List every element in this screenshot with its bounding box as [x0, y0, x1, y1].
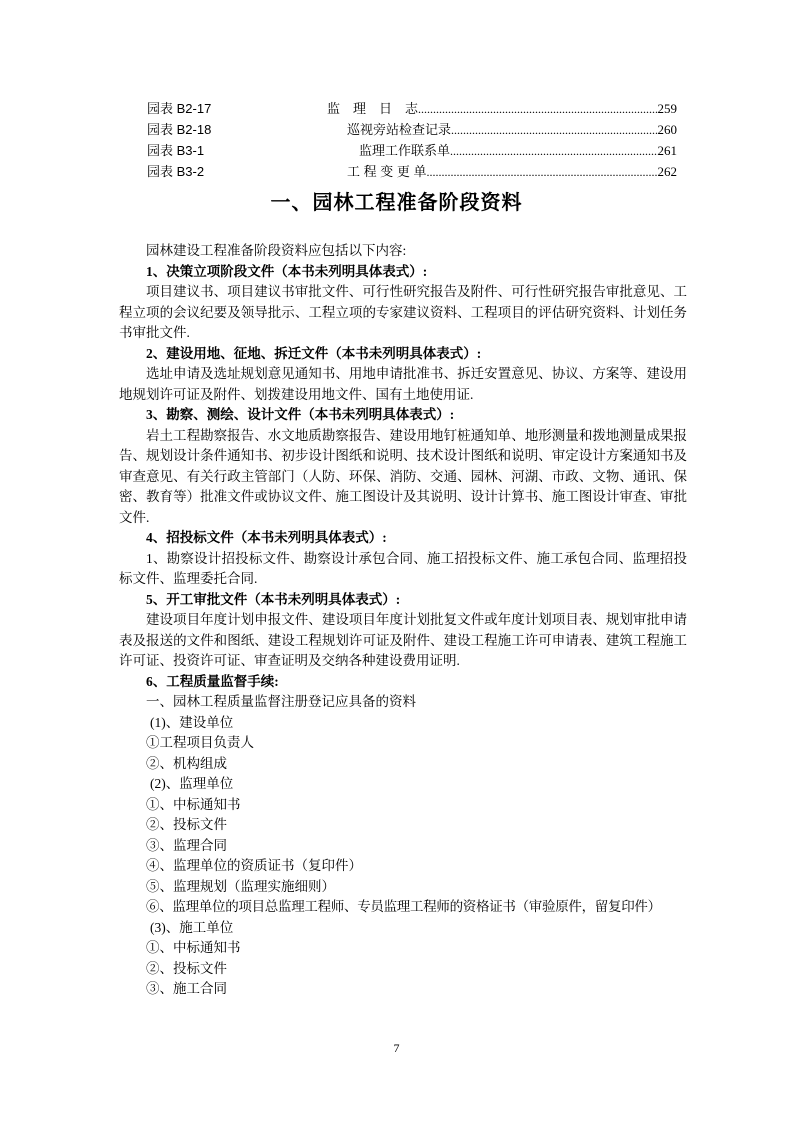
section-heading: 一、园林工程准备阶段资料 — [0, 186, 793, 215]
subsection-text-2: 选址申请及选址规划意见通知书、用地申请批准书、拆迁安置意见、协议、方案等、建设用… — [119, 364, 687, 405]
group-label: (1)、建设单位 — [119, 713, 687, 734]
group-label: (2)、监理单位 — [119, 774, 687, 795]
subsection-text-1: 项目建议书、项目建议书审批文件、可行性研究报告及附件、可行性研究报告审批意见、工… — [119, 282, 687, 344]
toc-entry-page: 262 — [658, 161, 678, 182]
toc-entry-code: 园表 B3-1 — [147, 140, 267, 161]
toc-entry-code: 园表 B2-17 — [147, 98, 267, 119]
toc-dot-leader — [426, 162, 657, 183]
toc-dot-leader — [450, 141, 657, 162]
toc-entry[interactable]: 园表 B2-18 巡视旁站检查记录 260 — [147, 119, 677, 140]
list-item: ①、中标通知书 — [119, 795, 687, 816]
toc-dot-leader — [418, 99, 657, 120]
page-number: 7 — [0, 1041, 793, 1056]
list-item: ③、施工合同 — [119, 979, 687, 1000]
document-body: 园林建设工程准备阶段资料应包括以下内容: 1、决策立项阶段文件（本书未列明具体表… — [119, 241, 687, 1000]
toc-entry-title: 监 理 日 志 — [327, 98, 418, 119]
toc-entry-title: 监理工作联系单 — [359, 140, 450, 161]
subsection-6-subtitle: 一、园林工程质量监督注册登记应具备的资料 — [119, 692, 687, 713]
subsection-title-5: 5、开工审批文件（本书未列明具体表式）: — [119, 590, 687, 611]
list-item: ⑥、监理单位的项目总监理工程师、专员监理工程师的资格证书（审验原件，留复印件） — [119, 897, 687, 918]
toc-entry-code: 园表 B2-18 — [147, 119, 267, 140]
list-item: ①工程项目负责人 — [119, 733, 687, 754]
subsection-title-6: 6、工程质量监督手续: — [119, 672, 687, 693]
toc-entry[interactable]: 园表 B3-1 监理工作联系单 261 — [147, 140, 677, 161]
subsection-title-3: 3、勘察、测绘、设计文件（本书未列明具体表式）: — [119, 405, 687, 426]
subsection-text-3: 岩土工程勘察报告、水文地质勘察报告、建设用地钉桩通知单、地形测量和拨地测量成果报… — [119, 426, 687, 529]
subsection-text-5: 建设项目年度计划申报文件、建设项目年度计划批复文件或年度计划项目表、规划审批申请… — [119, 610, 687, 672]
list-item: ④、监理单位的资质证书（复印件） — [119, 856, 687, 877]
subsection-title-2: 2、建设用地、征地、拆迁文件（本书未列明具体表式）: — [119, 344, 687, 365]
toc-entry[interactable]: 园表 B3-2 工 程 变 更 单 262 — [147, 161, 677, 182]
list-item: ②、投标文件 — [119, 815, 687, 836]
toc-entry-code: 园表 B3-2 — [147, 161, 267, 182]
toc-entry-title: 工 程 变 更 单 — [347, 161, 426, 182]
document-page: 园表 B2-17 监 理 日 志 259 园表 B2-18 巡视旁站检查记录 2… — [0, 0, 793, 1122]
list-item: ①、中标通知书 — [119, 938, 687, 959]
toc-entry-title: 巡视旁站检查记录 — [347, 119, 451, 140]
toc-entry-page: 261 — [658, 140, 678, 161]
subsection-text-4: 1、勘察设计招投标文件、勘察设计承包合同、施工招投标文件、施工承包合同、监理招投… — [119, 549, 687, 590]
list-item: ②、投标文件 — [119, 959, 687, 980]
toc-entry[interactable]: 园表 B2-17 监 理 日 志 259 — [147, 98, 677, 119]
group-label: (3)、施工单位 — [119, 918, 687, 939]
toc-entry-page: 259 — [658, 98, 678, 119]
intro-paragraph: 园林建设工程准备阶段资料应包括以下内容: — [119, 241, 687, 262]
subsection-title-4: 4、招投标文件（本书未列明具体表式）: — [119, 528, 687, 549]
list-item: ③、监理合同 — [119, 836, 687, 857]
list-item: ⑤、监理规划（监理实施细则） — [119, 877, 687, 898]
toc-dot-leader — [451, 120, 657, 141]
table-of-contents: 园表 B2-17 监 理 日 志 259 园表 B2-18 巡视旁站检查记录 2… — [147, 98, 677, 182]
list-item: ②、机构组成 — [119, 754, 687, 775]
toc-entry-page: 260 — [658, 119, 678, 140]
subsection-title-1: 1、决策立项阶段文件（本书未列明具体表式）: — [119, 262, 687, 283]
